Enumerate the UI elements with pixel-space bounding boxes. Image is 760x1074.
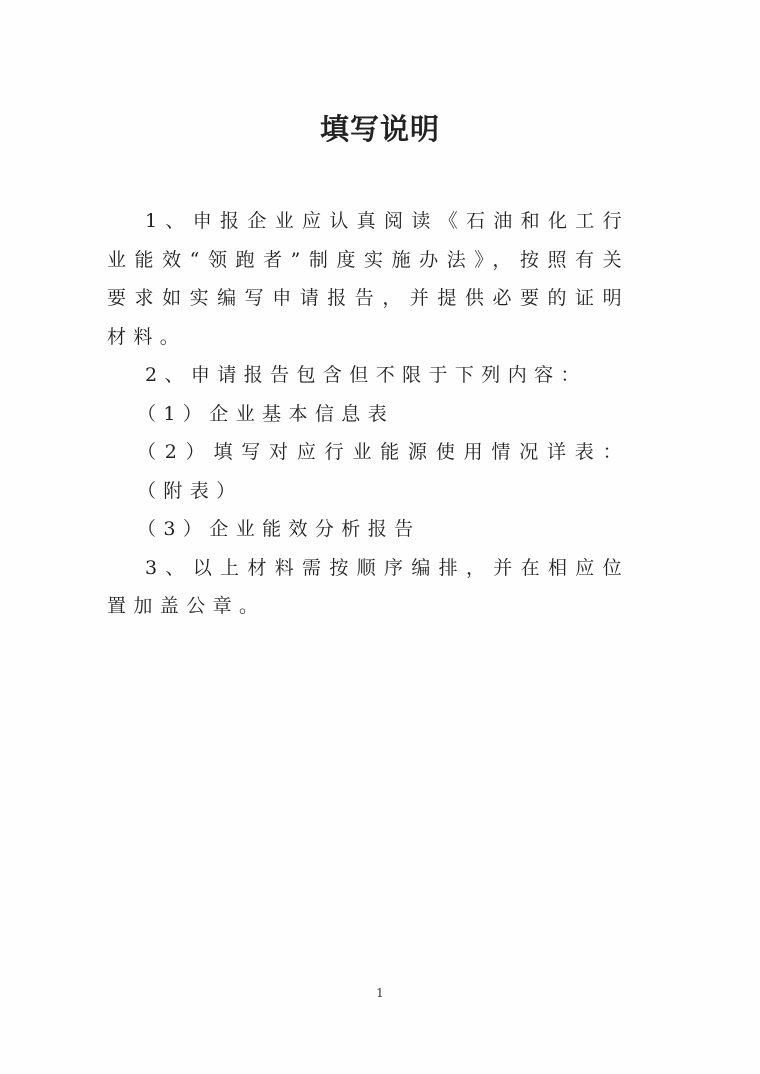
document-page: 填写说明 1、申报企业应认真阅读《石油和化工行业能效“领跑者”制度实施办法》，按… bbox=[0, 0, 760, 1074]
instruction-item-2: 2、申请报告包含但不限于下列内容： bbox=[107, 356, 629, 395]
instruction-subitem-1: （1）企业基本信息表 bbox=[107, 395, 629, 434]
instructions-body: 1、申报企业应认真阅读《石油和化工行业能效“领跑者”制度实施办法》，按照有关要求… bbox=[107, 202, 629, 626]
instruction-item-1: 1、申报企业应认真阅读《石油和化工行业能效“领跑者”制度实施办法》，按照有关要求… bbox=[107, 202, 629, 356]
instruction-item-3: 3、以上材料需按顺序编排，并在相应位置加盖公章。 bbox=[107, 549, 629, 626]
page-title: 填写说明 bbox=[0, 107, 760, 148]
page-number: 1 bbox=[0, 986, 760, 1000]
instruction-subitem-3: （3）企业能效分析报告 bbox=[107, 510, 629, 549]
instruction-subitem-2: （2）填写对应行业能源使用情况详表：（附表） bbox=[107, 433, 629, 510]
